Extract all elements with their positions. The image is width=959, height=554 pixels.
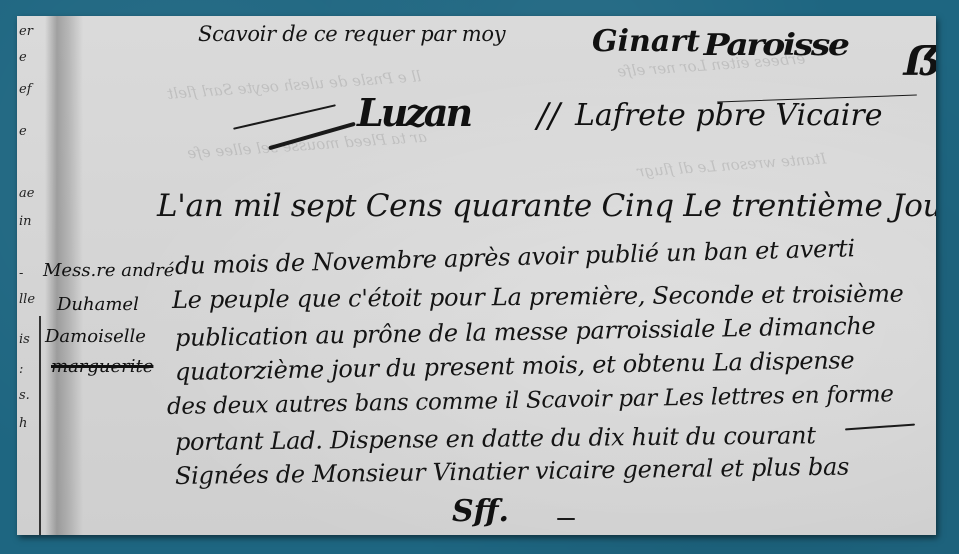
paraph-dash (557, 518, 575, 520)
margin-note-groom-surname: Duhamel (57, 294, 139, 315)
margin-fragment: in (19, 214, 32, 229)
line-filler-dash (845, 424, 915, 430)
bleed-through-text: Itante wreson Le dl flugr (637, 149, 827, 180)
margin-fragment: is (19, 332, 30, 347)
margin-fragment: e (19, 124, 27, 139)
margin-fragment: h (19, 416, 27, 431)
margin-fragment: lle (19, 292, 35, 307)
prev-entry-closing-text: Scavoir de ce requer par moy (198, 22, 505, 46)
margin-note-line: Mess.re andré (43, 260, 174, 281)
entry-line-7: portant Lad. Dispense en datte du dix hu… (175, 421, 816, 456)
margin-fragment: ef (19, 82, 32, 97)
margin-fragment: s. (19, 388, 30, 403)
signature-separator: // (537, 96, 560, 136)
margin-fragment: - (19, 266, 23, 281)
margin-fragment: e (19, 50, 27, 65)
margin-note-bride-title: Damoiselle (45, 326, 146, 347)
margin-note-struck-name: marguerite (51, 356, 153, 377)
entry-line-3: Le peuple que c'étoit pour La première, … (172, 280, 904, 314)
signature-lafrete: Lafrete pbre Vicaire (575, 98, 883, 133)
paraph-signature: Sff. (452, 494, 509, 529)
entry-line-5: quatorzième jour du present mois, et obt… (175, 346, 855, 386)
margin-bracket-line (39, 316, 41, 535)
entry-line-8: Signées de Monsieur Vinatier vicaire gen… (175, 453, 849, 490)
entry-line-2: du mois de Novembre après avoir publié u… (175, 234, 856, 280)
signature-stroke (233, 104, 336, 130)
entry-line-4: publication au prône de la messe parrois… (175, 312, 876, 352)
margin-fragment: : (19, 362, 23, 377)
margin-fragment: ae (19, 186, 34, 201)
entry-line-6: des deux autres bans comme il Scavoir pa… (167, 381, 894, 420)
signature-ginart: Ginart (592, 24, 700, 59)
margin-fragment: er (19, 24, 33, 39)
signature-luzan: Luzan (357, 90, 470, 135)
margin-note-groom-title: Mess.re andré (43, 260, 174, 281)
register-page: ll e Pnsle de ulesh oeyte Sarl flelt ar … (17, 16, 936, 535)
signature-flourish: Paroisse (704, 28, 848, 63)
signature-paraph: ẞ (904, 38, 936, 85)
entry-line-1: L'an mil sept Cens quarante Cinq Le tren… (157, 188, 936, 224)
